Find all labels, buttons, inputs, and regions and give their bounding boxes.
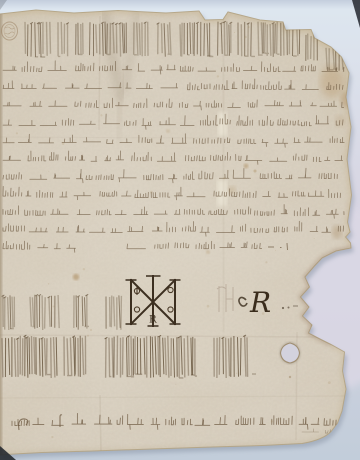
vertical-crease-center [223,13,224,332]
recognition-letter-r: R [249,286,271,319]
hole-opening [281,343,300,363]
right-brown-stain [320,66,344,98]
worm-dot [289,376,291,378]
recognition-dot-1 [282,307,284,309]
monogram-letter-r: R [149,315,157,326]
vertical-crease-left-bottom [100,395,101,452]
spot-stain-6 [166,129,170,133]
spot-stain-3 [254,170,257,173]
spot-stain-5 [206,250,210,254]
left-edge-sliver [0,10,3,456]
recognition-dot-2 [288,307,290,309]
spot-stain-2 [244,164,249,169]
charter-photo-canvas: R R [0,0,360,460]
parchment-surface: R R [0,0,360,460]
spot-stain-1 [73,274,79,280]
charter-photo: R R [0,0,360,460]
parchment-grain-texture [0,0,360,460]
